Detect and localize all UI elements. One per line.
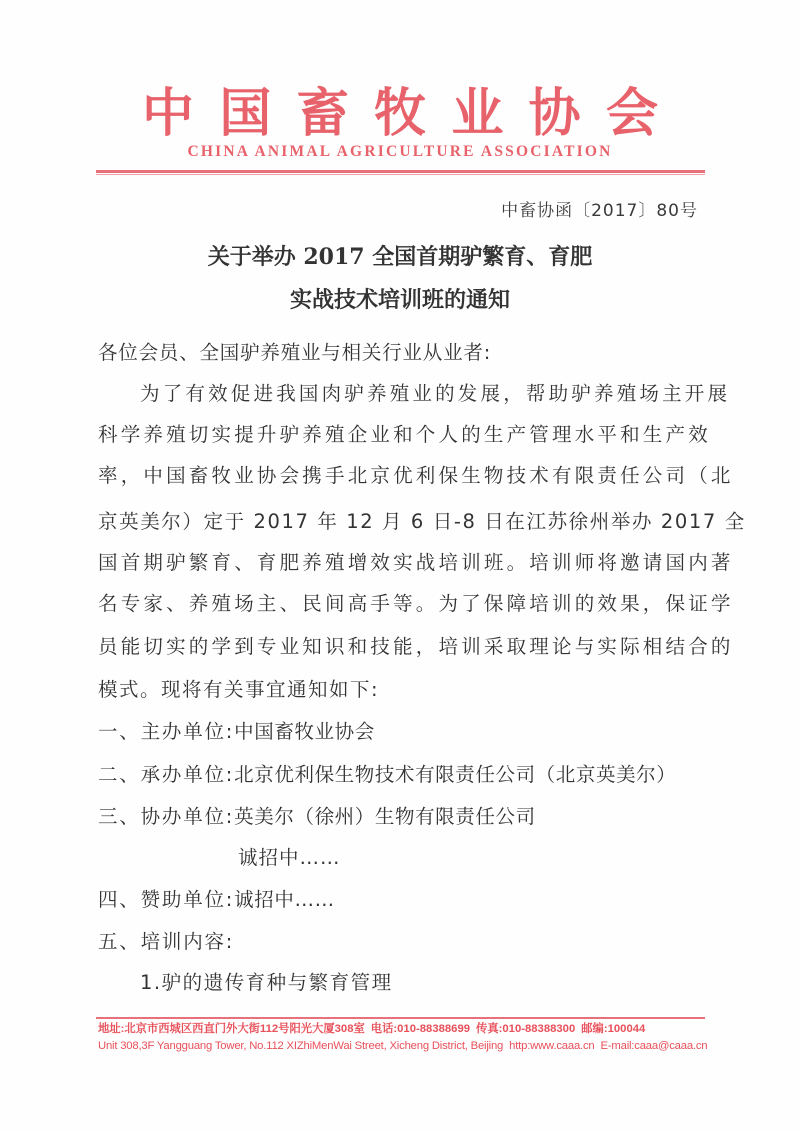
document-title-line-2: 实战技术培训班的通知: [0, 283, 800, 314]
paragraph-line: 率，中国畜牧业协会携手北京优利保生物技术有限责任公司（北: [98, 466, 710, 486]
org-name-char: 业: [451, 88, 503, 140]
training-content-item: 1.驴的遗传育种与繁育管理: [140, 973, 393, 993]
section-label: 一、主办单位:: [98, 720, 234, 743]
org-name-char: 国: [219, 88, 271, 140]
section-training-content: 五、培训内容:: [98, 932, 234, 952]
section-value: 中国畜牧业协会: [234, 720, 375, 743]
fax-label: 传真:: [476, 1023, 502, 1035]
website-link[interactable]: http:www.caaa.cn: [509, 1040, 594, 1052]
postcode-label: 邮编:: [581, 1023, 607, 1035]
postcode-value: 100044: [608, 1023, 646, 1035]
paragraph-line: 京英美尔）定于 2017 年 12 月 6 日-8 日在江苏徐州举办 2017 …: [98, 512, 710, 532]
section-label: 二、承办单位:: [98, 763, 234, 786]
document-page: 中 国 畜 牧 业 协 会 CHINA ANIMAL AGRICULTURE A…: [0, 0, 800, 1131]
section-label: 五、培训内容:: [98, 930, 234, 953]
section-undertaker: 二、承办单位:北京优利保生物技术有限责任公司（北京英美尔）: [98, 765, 676, 785]
org-name-char: 牧: [374, 88, 426, 140]
section-sponsor: 四、赞助单位:诚招中……: [98, 890, 335, 910]
address-english: Unit 308,3F Yangguang Tower, No.112 XIZh…: [98, 1040, 503, 1052]
section-label: 三、协办单位:: [98, 805, 234, 828]
email-link[interactable]: E-mail:caaa@caaa.cn: [601, 1040, 708, 1052]
paragraph-line: 名专家、养殖场主、民间高手等。为了保障培训的效果，保证学: [98, 594, 710, 614]
document-title-line-1: 关于举办 2017 全国首期驴繁育、育肥: [0, 240, 800, 271]
footer-contact-english: Unit 308,3F Yangguang Tower, No.112 XIZh…: [98, 1041, 707, 1052]
section-value: 北京优利保生物技术有限责任公司（北京英美尔）: [234, 763, 676, 786]
org-name-char: 中: [142, 88, 194, 140]
address-label: 地址:: [98, 1023, 124, 1035]
letterhead-divider: [96, 170, 705, 175]
document-reference-number: 中畜协函〔2017〕80号: [501, 196, 698, 221]
paragraph-line: 模式。现将有关事宜通知如下:: [98, 680, 710, 700]
footer-divider: [96, 1017, 705, 1019]
section-value: 诚招中……: [234, 888, 335, 911]
org-name-chinese: 中 国 畜 牧 业 协 会: [130, 82, 670, 146]
address-value: 北京市西城区西直门外大街112号阳光大厦308室: [124, 1023, 364, 1035]
section-co-organizer: 三、协办单位:英美尔（徐州）生物有限责任公司: [98, 807, 536, 827]
org-name-char: 协: [529, 88, 581, 140]
footer-contact-chinese: 地址:北京市西城区西直门外大街112号阳光大厦308室电话:010-883886…: [98, 1024, 645, 1035]
paragraph-line: 科学养殖切实提升驴养殖企业和个人的生产管理水平和生产效: [98, 425, 710, 445]
section-label: 四、赞助单位:: [98, 888, 234, 911]
section-value: 英美尔（徐州）生物有限责任公司: [234, 805, 536, 828]
section-organizer: 一、主办单位:中国畜牧业协会: [98, 722, 375, 742]
org-name-char: 畜: [297, 88, 349, 140]
phone-value: 010-88388699: [397, 1023, 470, 1035]
fax-value: 010-88388300: [502, 1023, 575, 1035]
org-name-char: 会: [606, 88, 658, 140]
paragraph-line: 国首期驴繁育、育肥养殖增效实战培训班。培训师将邀请国内著: [98, 553, 710, 573]
section-co-organizer-extra: 诚招中……: [238, 848, 341, 868]
paragraph-line: 为了有效促进我国肉驴养殖业的发展，帮助驴养殖场主开展: [140, 384, 752, 404]
paragraph-line: 员能切实的学到专业知识和技能，培训采取理论与实际相结合的: [98, 637, 710, 657]
salutation: 各位会员、全国驴养殖业与相关行业从业者:: [98, 343, 710, 363]
phone-label: 电话:: [371, 1023, 397, 1035]
org-name-english: CHINA ANIMAL AGRICULTURE ASSOCIATION: [160, 143, 640, 161]
